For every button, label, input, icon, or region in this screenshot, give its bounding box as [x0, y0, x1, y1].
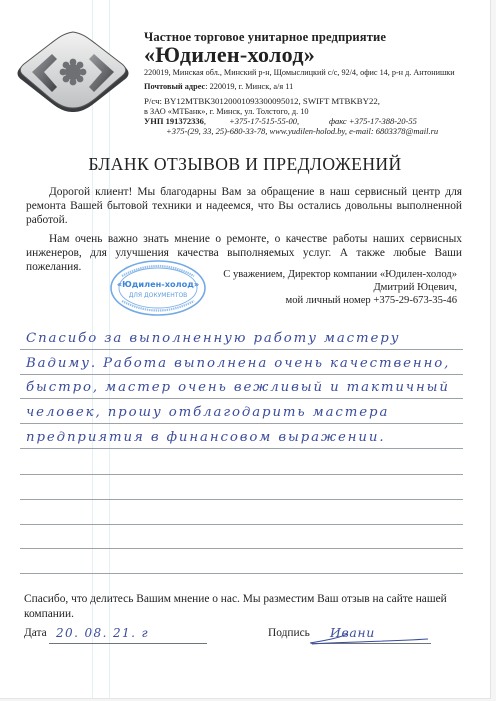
feedback-line-5: предприятия в финансовом выражении. [26, 430, 385, 445]
request-text: Нам очень важно знать мнение о ремонте, … [26, 233, 462, 273]
closing-text: Спасибо, что делитесь Вашим мнение о нас… [24, 592, 464, 622]
ruled-line [20, 423, 463, 424]
intro-text: Дорогой клиент! Мы благодарны Вам за обр… [26, 186, 462, 226]
bank-account: Р/сч: BY12MTBK30120001093300095012, SWIF… [144, 96, 380, 106]
signature-value: Ивани [330, 625, 375, 640]
director-signature-block: С уважением, Директор компании «Юдилен-х… [157, 269, 457, 307]
signature-label: Подпись [268, 627, 310, 639]
date-label: Дата [24, 627, 47, 639]
phone-number: +375-17-515-55-00, [229, 116, 299, 126]
feedback-line-1: Спасибо за выполненную работу мастеру [26, 331, 400, 346]
ruled-line [20, 374, 463, 375]
company-name: «Юдилен-холод» [144, 42, 315, 68]
unp-suffix: , [204, 116, 206, 126]
fax-number: факс +375-17-388-20-55 [329, 116, 417, 126]
legal-address: 220019, Минская обл., Минский р-н, Щомыс… [144, 68, 455, 77]
date-value: 20. 08. 21. г [56, 626, 149, 640]
postal-address: Почтовый адрес: 220019, г. Минск, а/я 11 [144, 82, 293, 91]
unp-number: УНП 191372336 [144, 116, 204, 126]
intro-paragraph: Дорогой клиент! Мы благодарны Вам за обр… [26, 186, 462, 227]
ruled-line [20, 398, 463, 399]
postal-label: Почтовый адрес [144, 82, 205, 91]
feedback-line-2: Вадиму. Работа выполнена очень качествен… [26, 356, 450, 371]
director-line: С уважением, Директор компании «Юдилен-х… [157, 269, 457, 282]
ruled-line [20, 474, 463, 475]
ruled-line [20, 548, 463, 549]
ruled-line [20, 349, 463, 350]
company-logo-icon [14, 30, 132, 114]
feedback-line-4: человек, прошу отблагодарить мастера [26, 405, 389, 420]
ruled-line [20, 573, 463, 574]
unp-line: УНП 191372336, +375-17-515-55-00, факс +… [144, 116, 484, 126]
contacts-line: +375-(29, 33, 25)-680-33-78, www.yudilen… [166, 126, 438, 136]
postal-value: : 220019, г. Минск, а/я 11 [205, 82, 293, 91]
form-title: БЛАНК ОТЗЫВОВ И ПРЕДЛОЖЕНИЙ [0, 154, 490, 175]
ruled-line [20, 524, 463, 525]
ruled-line [20, 448, 463, 449]
director-phone: мой личный номер +375-29-673-35-46 [157, 295, 457, 308]
feedback-line-3: быстро, мастер очень вежливый и тактичны… [26, 380, 450, 395]
director-name: Дмитрий Юцевич, [157, 282, 457, 295]
feedback-form-page: Частное торговое унитарное предприятие «… [0, 0, 491, 699]
bank-name: в ЗАО «МТБанк», г. Минск, ул. Толстого, … [144, 107, 309, 116]
date-field-line[interactable] [49, 643, 207, 644]
ruled-line [20, 499, 463, 500]
